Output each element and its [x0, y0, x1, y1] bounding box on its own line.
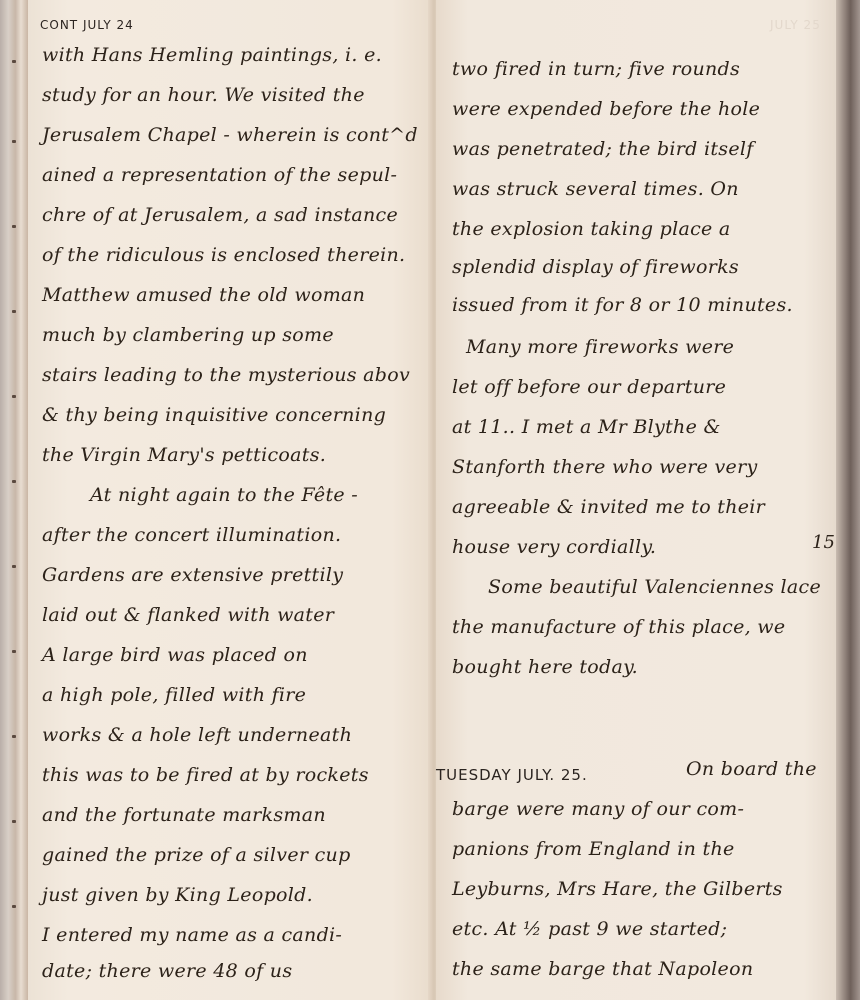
text-line: issued from it for 8 or 10 minutes.	[452, 294, 793, 316]
text-line: chre of at Jerusalem, a sad instance	[42, 204, 398, 226]
stitch-mark	[12, 140, 16, 143]
right-page-faint-heading: JULY 25	[770, 18, 821, 32]
text-line: just given by King Leopold.	[42, 884, 313, 906]
stitch-mark	[12, 60, 16, 63]
text-line: Leyburns, Mrs Hare, the Gilberts	[452, 878, 783, 900]
text-line: Matthew amused the old woman	[42, 284, 365, 306]
text-line: On board the	[686, 758, 817, 780]
left-page-heading: CONT JULY 24	[40, 18, 134, 32]
text-line: the same barge that Napoleon	[452, 958, 753, 980]
text-line: at 11.. I met a Mr Blythe &	[452, 416, 721, 438]
text-line: a high pole, filled with fire	[42, 684, 306, 706]
stitch-mark	[12, 820, 16, 823]
text-line: gained the prize of a silver cup	[42, 844, 351, 866]
text-line: was struck several times. On	[452, 178, 739, 200]
text-line: Gardens are extensive prettily	[42, 564, 343, 586]
stitch-mark	[12, 310, 16, 313]
stitch-mark	[12, 650, 16, 653]
page-number: 15	[812, 532, 835, 553]
text-line: Many more fireworks were	[466, 336, 734, 358]
text-line: A large bird was placed on	[42, 644, 308, 666]
text-line: two fired in turn; five rounds	[452, 58, 740, 80]
text-line: Jerusalem Chapel - wherein is cont^d	[42, 124, 418, 146]
text-line: the explosion taking place a	[452, 218, 731, 240]
text-line: this was to be fired at by rockets	[42, 764, 369, 786]
text-line: Stanforth there who were very	[452, 456, 758, 478]
text-line: barge were many of our com-	[452, 798, 744, 820]
text-line: splendid display of fireworks	[452, 256, 739, 278]
text-line: were expended before the hole	[452, 98, 760, 120]
stitch-mark	[12, 395, 16, 398]
text-line: laid out & flanked with water	[42, 604, 334, 626]
text-line: Some beautiful Valenciennes lace	[488, 576, 821, 598]
stitch-mark	[12, 225, 16, 228]
text-line: panions from England in the	[452, 838, 735, 860]
text-line: after the concert illumination.	[42, 524, 341, 546]
text-line: I entered my name as a candi-	[42, 924, 342, 946]
text-line: works & a hole left underneath	[42, 724, 352, 746]
stitch-mark	[12, 905, 16, 908]
text-line: the manufacture of this place, we	[452, 616, 785, 638]
text-line: etc. At ½ past 9 we started;	[452, 918, 727, 940]
text-line: of the ridiculous is enclosed therein.	[42, 244, 405, 266]
text-line: bought here today.	[452, 656, 638, 678]
book-fore-edge	[836, 0, 860, 1000]
text-line: the Virgin Mary's petticoats.	[42, 444, 326, 466]
text-line: & thy being inquisitive concerning	[42, 404, 386, 426]
stitch-mark	[12, 480, 16, 483]
text-line: with Hans Hemling paintings, i. e.	[42, 44, 382, 66]
stitch-mark	[12, 735, 16, 738]
text-line: study for an hour. We visited the	[42, 84, 365, 106]
text-line: stairs leading to the mysterious abov	[42, 364, 410, 386]
stitch-mark	[12, 565, 16, 568]
entry-date-heading: TUESDAY JULY. 25.	[436, 766, 588, 784]
text-line: house very cordially.	[452, 536, 656, 558]
book-binding	[0, 0, 28, 1000]
text-line: ained a representation of the sepul-	[42, 164, 397, 186]
text-line: At night again to the Fête -	[90, 484, 358, 506]
text-line: agreeable & invited me to their	[452, 496, 765, 518]
text-line: much by clambering up some	[42, 324, 334, 346]
text-line: date; there were 48 of us	[42, 960, 292, 982]
text-line: let off before our departure	[452, 376, 726, 398]
text-line: and the fortunate marksman	[42, 804, 326, 826]
text-line: was penetrated; the bird itself	[452, 138, 754, 160]
diary-spread: CONT JULY 24 with Hans Hemling paintings…	[0, 0, 860, 1000]
